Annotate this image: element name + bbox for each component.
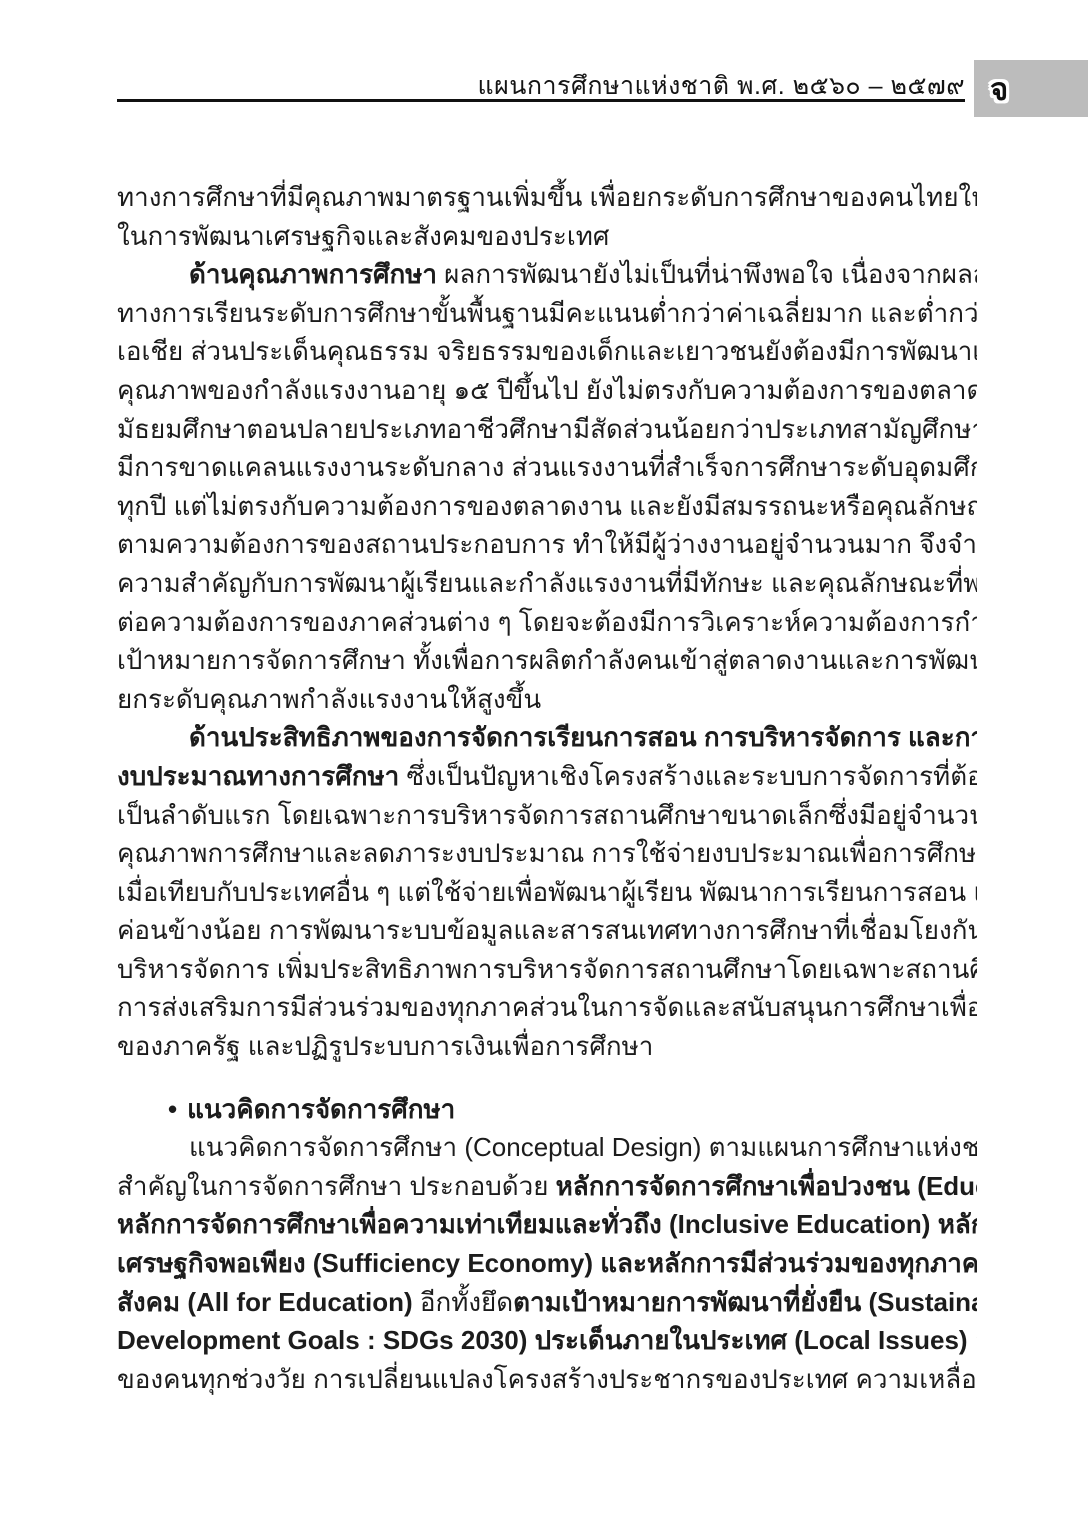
text-run: ซึ่งเป็นปัญหาเชิงโครงสร้างและระบบการจัดก… — [406, 761, 977, 791]
text-line: ยกระดับคุณภาพกำลังแรงงานให้สูงขึ้น — [117, 680, 977, 719]
text-run: บริหารจัดการ เพิ่มประสิทธิภาพการบริหารจั… — [117, 954, 977, 984]
text-run: มีการขาดแคลนแรงงานระดับกลาง ส่วนแรงงานที… — [117, 452, 977, 482]
section-bullet-heading: •แนวคิดการจัดการศึกษา — [117, 1090, 977, 1129]
text-run: ค่อนข้างน้อย การพัฒนาระบบข้อมูลและสารสนเ… — [117, 915, 977, 945]
text-run: ในการพัฒนาเศรษฐกิจและสังคมของประเทศ — [117, 221, 609, 251]
text-run: เป็นลำดับแรก โดยเฉพาะการบริหารจัดการสถาน… — [117, 800, 977, 830]
text-run: คุณภาพการศึกษาและลดภาระงบประมาณ การใช้จ่… — [117, 838, 977, 868]
text-line: ของคนทุกช่วงวัย การเปลี่ยนแปลงโครงสร้างป… — [117, 1360, 977, 1399]
page-number-badge: จ — [974, 60, 1088, 117]
text-run: เอเชีย ส่วนประเด็นคุณธรรม จริยธรรมของเด็… — [117, 336, 977, 366]
text-line: คุณภาพการศึกษาและลดภาระงบประมาณ การใช้จ่… — [117, 834, 977, 873]
bold-text-run: แนวคิดการจัดการศึกษา — [187, 1094, 455, 1124]
bold-text-run: ตามเป้าหมายการพัฒนาที่ยั่งยืน (Sustainab… — [513, 1287, 977, 1317]
text-line: ในการพัฒนาเศรษฐกิจและสังคมของประเทศ — [117, 217, 977, 256]
page-number-label: จ — [990, 64, 1008, 114]
text-run: สำคัญในการจัดการศึกษา ประกอบด้วย — [117, 1171, 556, 1201]
text-run: ตามความต้องการของสถานประกอบการ ทำให้มีผู… — [117, 529, 977, 559]
text-run: มัธยมศึกษาตอนปลายประเภทอาชีวศึกษามีสัดส่… — [117, 414, 977, 444]
text-run: ทางการเรียนระดับการศึกษาขั้นพื้นฐานมีคะแ… — [117, 298, 977, 328]
text-run: ทางการศึกษาที่มีคุณภาพมาตรฐานเพิ่มขึ้น เ… — [117, 182, 977, 212]
text-run: ทุกปี แต่ไม่ตรงกับความต้องการของตลาดงาน … — [117, 491, 977, 521]
text-line: ด้านประสิทธิภาพของการจัดการเรียนการสอน ก… — [117, 718, 977, 757]
bold-text-run: เศรษฐกิจพอเพียง (Sufficiency Economy) แล… — [117, 1248, 977, 1278]
text-line: ตามความต้องการของสถานประกอบการ ทำให้มีผู… — [117, 525, 977, 564]
text-line: ทางการเรียนระดับการศึกษาขั้นพื้นฐานมีคะแ… — [117, 294, 977, 333]
header-rule — [117, 99, 965, 102]
text-line: ทางการศึกษาที่มีคุณภาพมาตรฐานเพิ่มขึ้น เ… — [117, 178, 977, 217]
text-line: ด้านคุณภาพการศึกษา ผลการพัฒนายังไม่เป็นท… — [117, 255, 977, 294]
bold-text-run: สังคม (All for Education) — [117, 1287, 420, 1317]
bold-text-run: ด้านประสิทธิภาพของการจัดการเรียนการสอน ก… — [189, 722, 977, 752]
text-line: ของภาครัฐ และปฏิรูประบบการเงินเพื่อการศึ… — [117, 1027, 977, 1066]
text-run: คุณภาพของกำลังแรงงานอายุ ๑๕ ปีขึ้นไป ยัง… — [117, 375, 977, 405]
text-run: ยกระดับคุณภาพกำลังแรงงานให้สูงขึ้น — [117, 684, 541, 714]
bold-text-run: หลักการจัดการศึกษาเพื่อปวงชน (Education … — [556, 1171, 977, 1201]
text-line: ค่อนข้างน้อย การพัฒนาระบบข้อมูลและสารสนเ… — [117, 911, 977, 950]
document-body: ทางการศึกษาที่มีคุณภาพมาตรฐานเพิ่มขึ้น เ… — [117, 178, 977, 1398]
text-line: เมื่อเทียบกับประเทศอื่น ๆ แต่ใช้จ่ายเพื่… — [117, 873, 977, 912]
text-run: การส่งเสริมการมีส่วนร่วมของทุกภาคส่วนในก… — [117, 992, 977, 1022]
text-line: ทุกปี แต่ไม่ตรงกับความต้องการของตลาดงาน … — [117, 487, 977, 526]
text-run: อีกทั้งยึด — [420, 1287, 513, 1317]
text-line: หลักการจัดการศึกษาเพื่อความเท่าเทียมและท… — [117, 1205, 977, 1244]
text-line: เป้าหมายการจัดการศึกษา ทั้งเพื่อการผลิตก… — [117, 641, 977, 680]
text-line: บริหารจัดการ เพิ่มประสิทธิภาพการบริหารจั… — [117, 950, 977, 989]
text-line: เศรษฐกิจพอเพียง (Sufficiency Economy) แล… — [117, 1244, 977, 1283]
text-line: สังคม (All for Education) อีกทั้งยึดตามเ… — [117, 1283, 977, 1322]
text-line: Development Goals : SDGs 2030) ประเด็นภา… — [117, 1321, 977, 1360]
text-line: มัธยมศึกษาตอนปลายประเภทอาชีวศึกษามีสัดส่… — [117, 410, 977, 449]
text-line: มีการขาดแคลนแรงงานระดับกลาง ส่วนแรงงานที… — [117, 448, 977, 487]
text-line: เป็นลำดับแรก โดยเฉพาะการบริหารจัดการสถาน… — [117, 796, 977, 835]
bold-text-run: หลักการจัดการศึกษาเพื่อความเท่าเทียมและท… — [117, 1209, 977, 1239]
text-run: ผลการพัฒนายังไม่เป็นที่น่าพึงพอใจ เนื่อง… — [444, 259, 977, 289]
text-line: เอเชีย ส่วนประเด็นคุณธรรม จริยธรรมของเด็… — [117, 332, 977, 371]
text-line: การส่งเสริมการมีส่วนร่วมของทุกภาคส่วนในก… — [117, 988, 977, 1027]
text-line: งบประมาณทางการศึกษา ซึ่งเป็นปัญหาเชิงโคร… — [117, 757, 977, 796]
text-line: แนวคิดการจัดการศึกษา (Conceptual Design)… — [117, 1128, 977, 1167]
text-run: อาทิ คุณภาพ — [975, 1325, 977, 1355]
text-line: ความสำคัญกับการพัฒนาผู้เรียนและกำลังแรงง… — [117, 564, 977, 603]
text-line: คุณภาพของกำลังแรงงานอายุ ๑๕ ปีขึ้นไป ยัง… — [117, 371, 977, 410]
text-run: ความสำคัญกับการพัฒนาผู้เรียนและกำลังแรงง… — [117, 568, 977, 598]
bullet-icon: • — [168, 1094, 177, 1124]
text-line: ต่อความต้องการของภาคส่วนต่าง ๆ โดยจะต้อง… — [117, 603, 977, 642]
text-run: แนวคิดการจัดการศึกษา (Conceptual Design)… — [189, 1132, 977, 1162]
bold-text-run: ด้านคุณภาพการศึกษา — [189, 259, 444, 289]
text-run: เป้าหมายการจัดการศึกษา ทั้งเพื่อการผลิตก… — [117, 645, 977, 675]
text-line: สำคัญในการจัดการศึกษา ประกอบด้วย หลักการ… — [117, 1167, 977, 1206]
text-run: ของภาครัฐ และปฏิรูประบบการเงินเพื่อการศึ… — [117, 1031, 653, 1061]
text-run: ของคนทุกช่วงวัย การเปลี่ยนแปลงโครงสร้างป… — [117, 1364, 977, 1394]
text-run: เมื่อเทียบกับประเทศอื่น ๆ แต่ใช้จ่ายเพื่… — [117, 877, 977, 907]
bold-text-run: Development Goals : SDGs 2030) ประเด็นภา… — [117, 1325, 975, 1355]
text-run: ต่อความต้องการของภาคส่วนต่าง ๆ โดยจะต้อง… — [117, 607, 977, 637]
bold-text-run: งบประมาณทางการศึกษา — [117, 761, 406, 791]
